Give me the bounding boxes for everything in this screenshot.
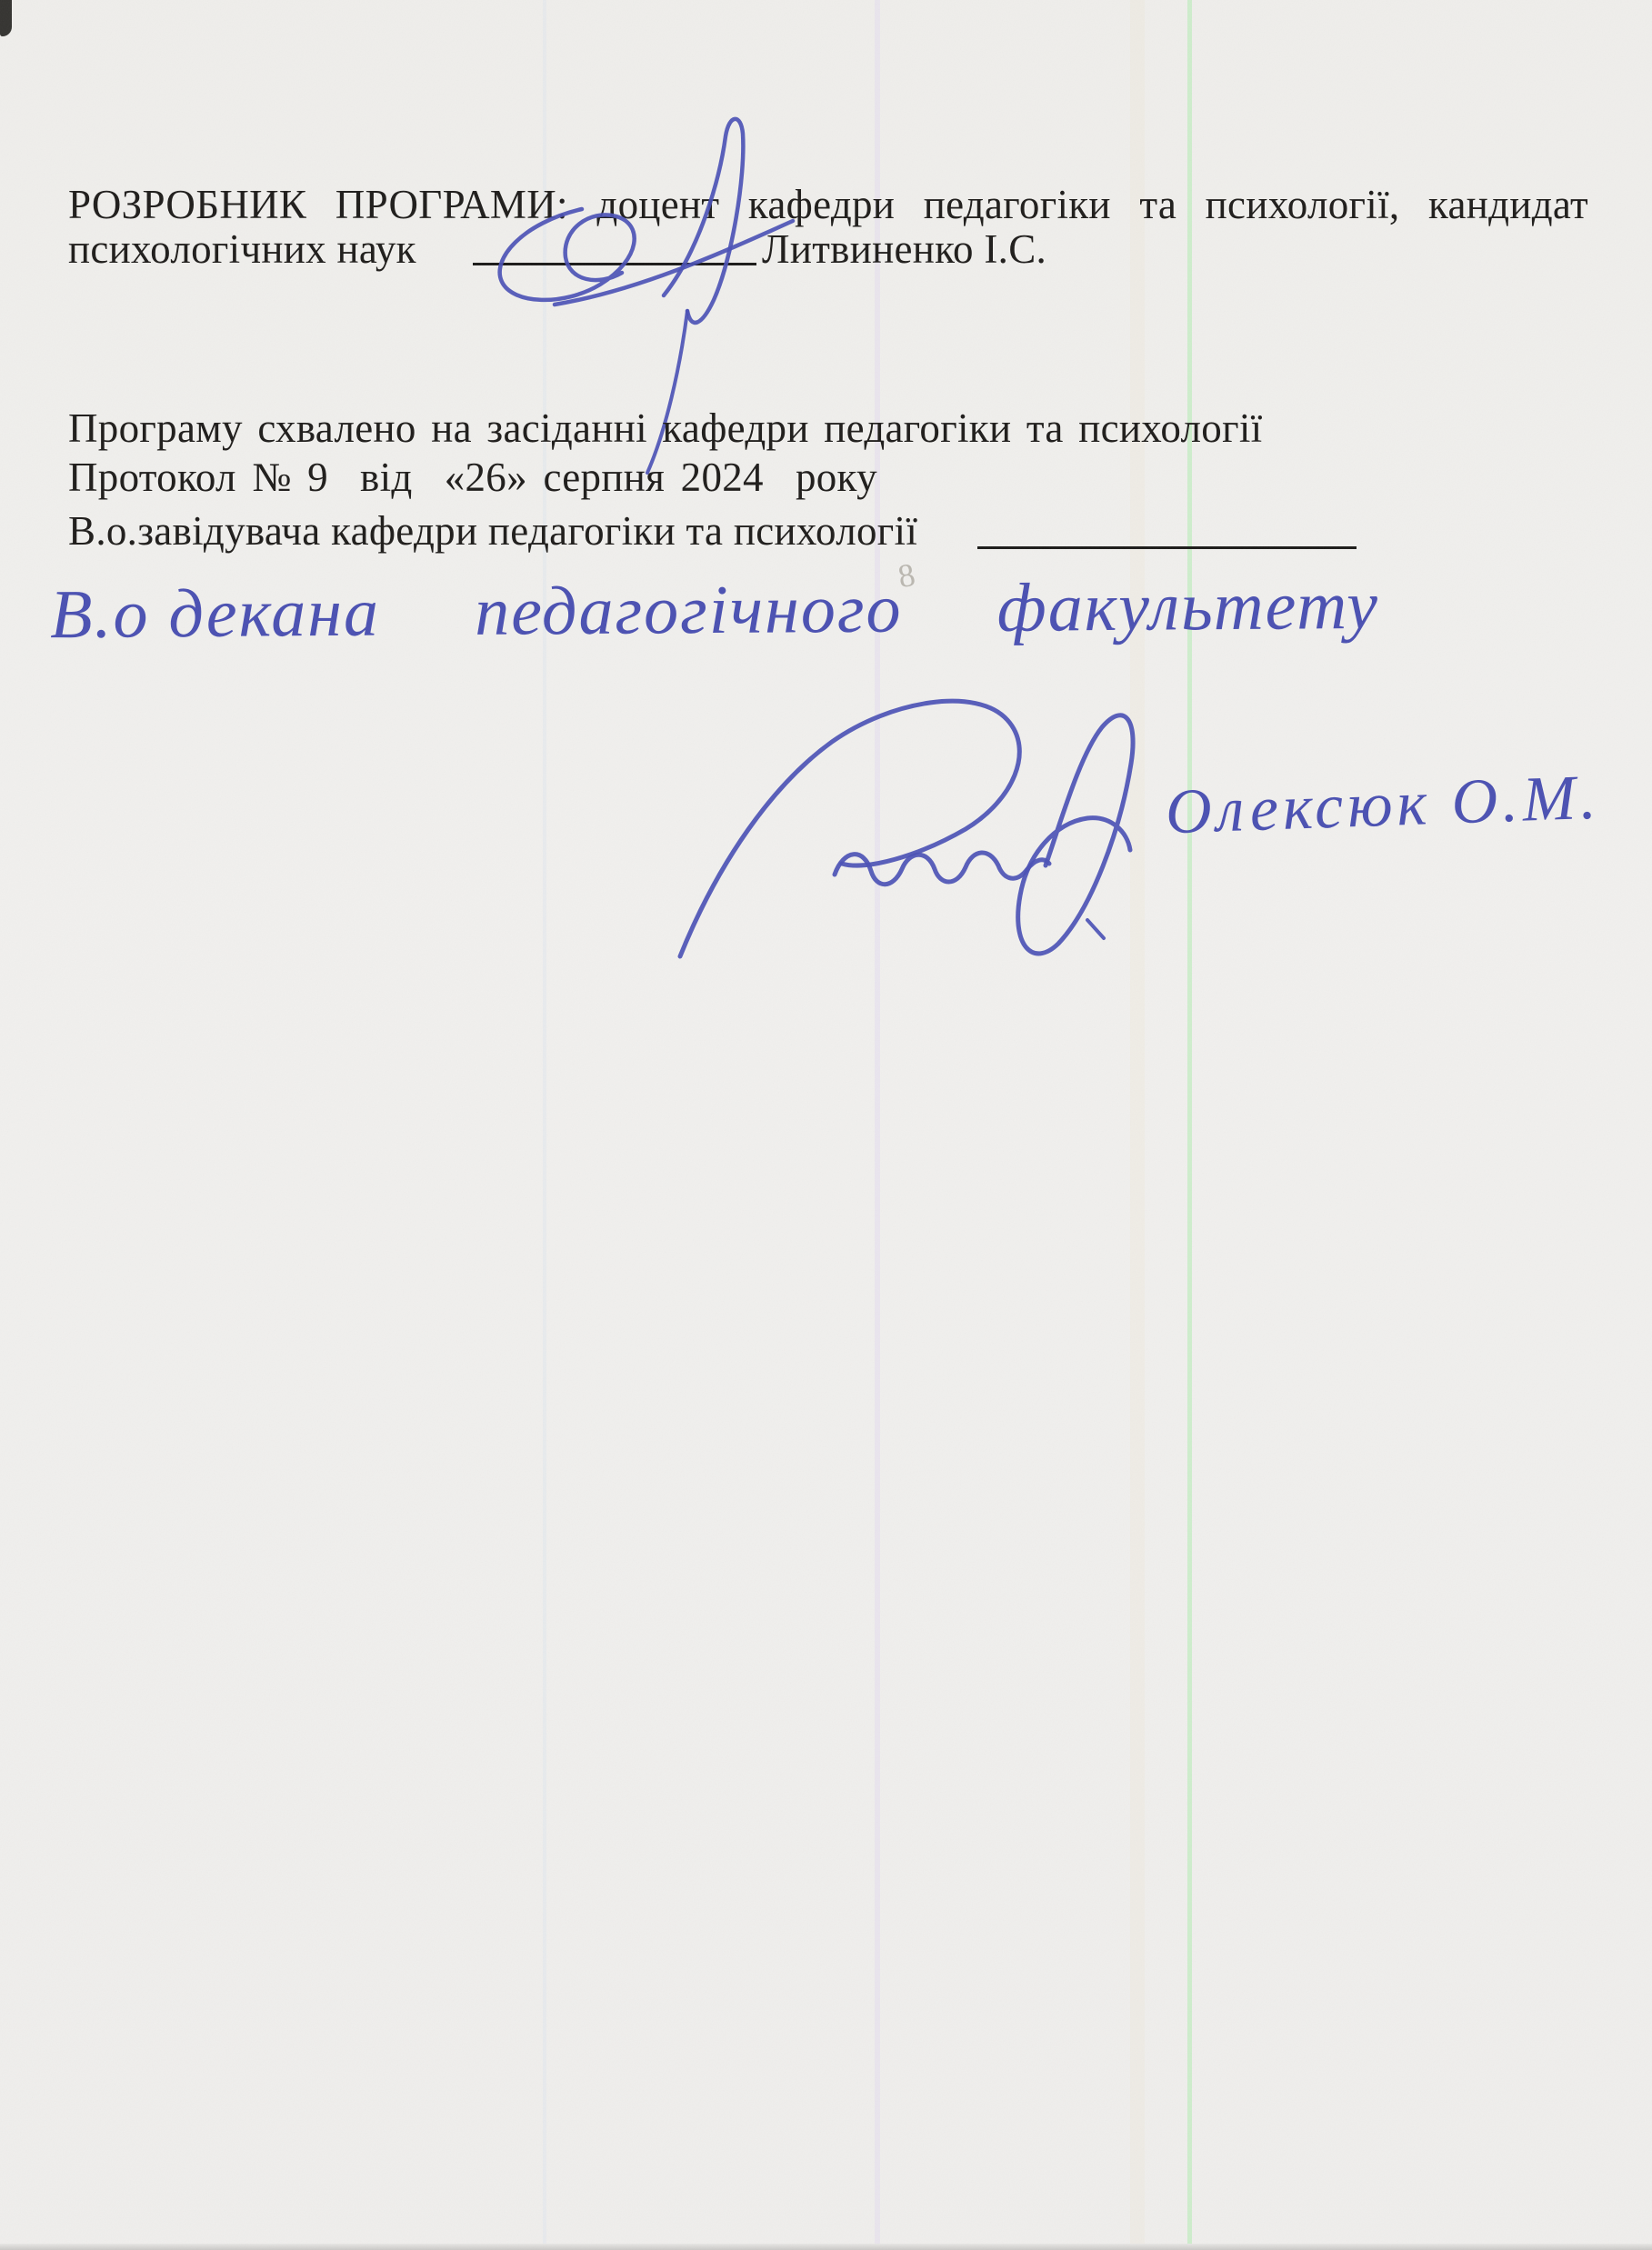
scanner-stripe <box>1187 0 1192 2250</box>
scan-corner-speck <box>0 0 12 36</box>
dean-signature <box>491 618 1182 1018</box>
scanner-stripe <box>875 0 880 2250</box>
handwritten-role-line: В.о декана педагогічного факультету <box>50 566 1380 655</box>
handwritten-word: В.о декана <box>50 574 380 655</box>
signature-blank-line <box>977 546 1357 549</box>
handwritten-word: факультету <box>996 566 1379 648</box>
developer-line-2-prefix: психологічних наук <box>68 224 416 275</box>
scan-bottom-edge <box>0 2244 1652 2250</box>
signature-blank-line <box>473 263 756 265</box>
scan-noise <box>0 0 1652 2250</box>
developer-name: Литвиненко І.С. <box>762 224 1046 275</box>
approval-line-2: Протокол № 9 від «26» серпня 2024 року <box>68 452 877 503</box>
scanner-stripe <box>1130 0 1145 2250</box>
handwritten-dean-name: Олексюк О.М. <box>1165 762 1602 850</box>
approval-line-1: Програму схвалено на засіданні кафедри п… <box>68 403 1450 454</box>
scanner-stripe <box>543 0 546 2250</box>
head-of-department-label: В.о.завідувача кафедри педагогіки та пси… <box>68 505 917 556</box>
handwritten-word: педагогічного <box>475 570 903 652</box>
scanned-page: РОЗРОБНИК ПРОГРАМИ: доцент кафедри педаг… <box>0 0 1652 2250</box>
developer-line-1: РОЗРОБНИК ПРОГРАМИ: доцент кафедри педаг… <box>68 179 1588 230</box>
